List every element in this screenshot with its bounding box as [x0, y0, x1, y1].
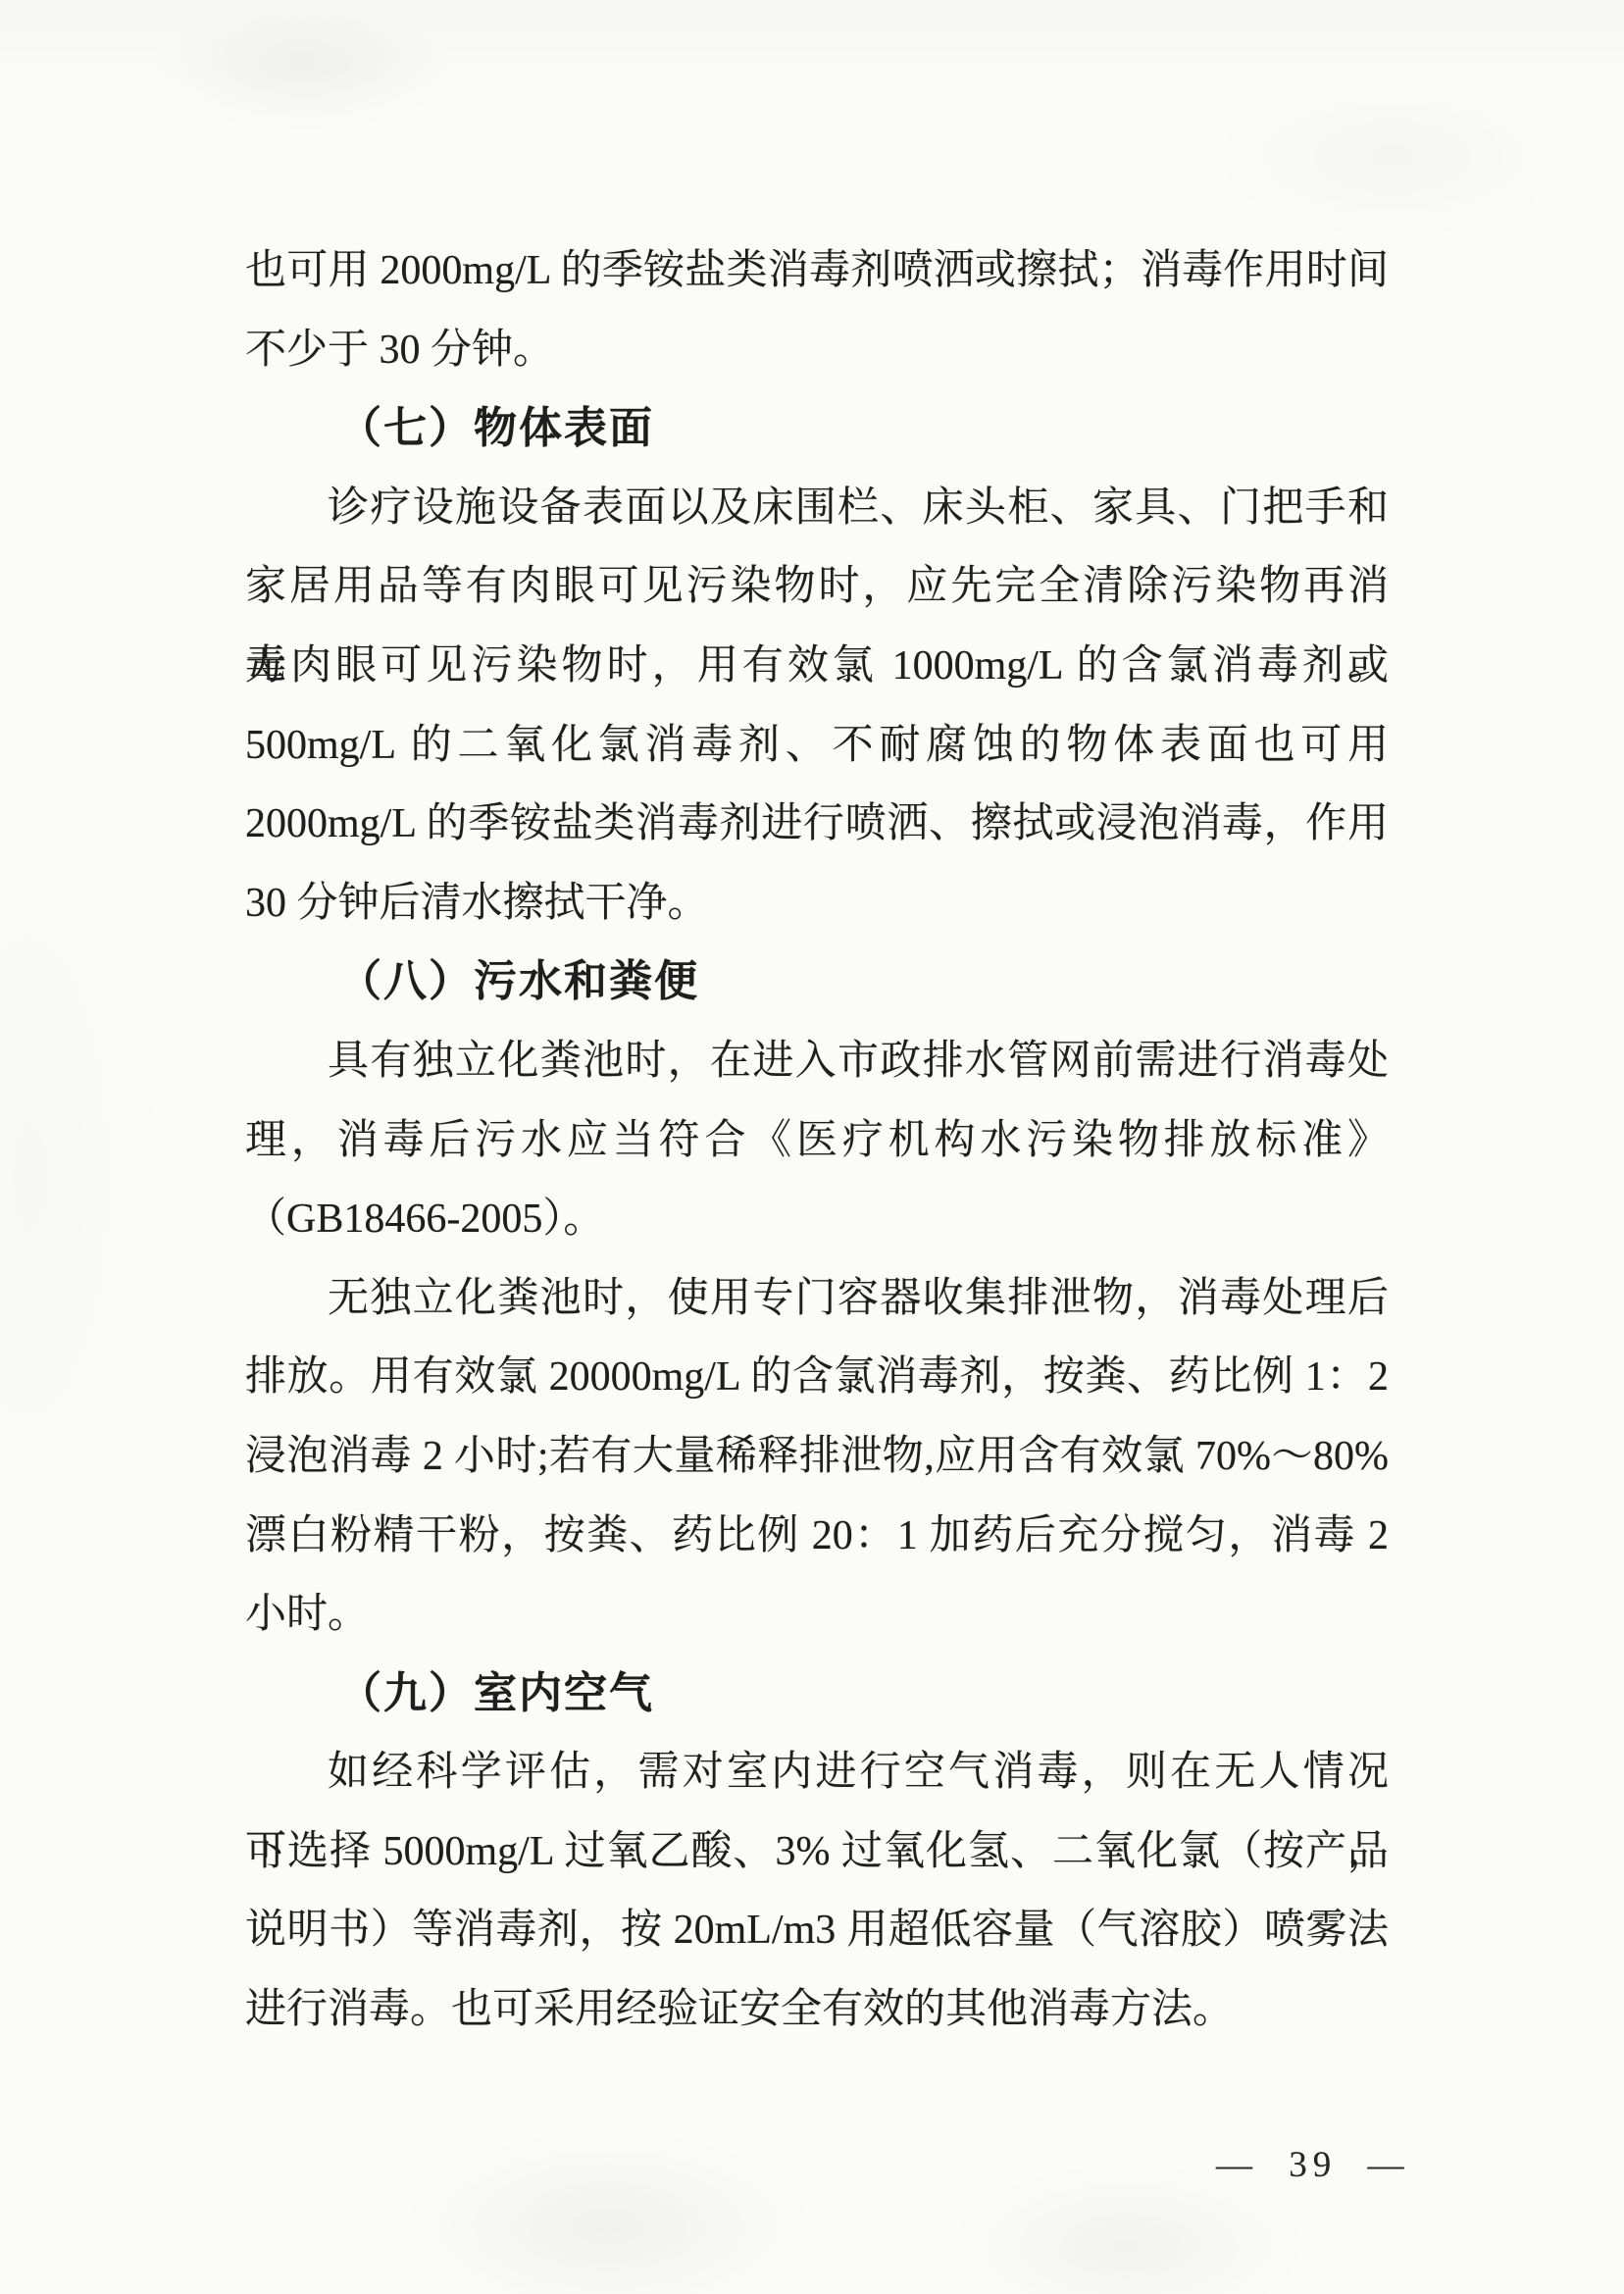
text-line: 漂白粉精干粉，按粪、药比例 20：1 加药后充分搅匀，消毒 2 [245, 1497, 1389, 1576]
text-line: 也可用 2000mg/L 的季铵盐类消毒剂喷洒或擦拭；消毒作用时间 [245, 231, 1389, 311]
text-line: 2000mg/L 的季铵盐类消毒剂进行喷洒、擦拭或浸泡消毒，作用 [245, 785, 1389, 864]
text-line: 家居用品等有肉眼可见污染物时，应先完全清除污染物再消毒。 [245, 547, 1389, 627]
text-line: 不少于 30 分钟。 [245, 311, 1389, 390]
text-line: 浸泡消毒 2 小时;若有大量稀释排泄物,应用含有效氯 70%～80% [245, 1417, 1389, 1497]
text-line: 无独立化粪池时，使用专门容器收集排泄物，消毒处理后 [245, 1259, 1389, 1339]
text-line: 如经科学评估，需对室内进行空气消毒，则在无人情况下， [245, 1733, 1389, 1812]
text-column: 也可用 2000mg/L 的季铵盐类消毒剂喷洒或擦拭；消毒作用时间 不少于 30… [245, 231, 1389, 2050]
section-heading-9: （九）室内空气 [245, 1655, 1389, 1734]
text-line: 说明书）等消毒剂，按 20mL/m3 用超低容量（气溶胶）喷雾法 [245, 1891, 1389, 1970]
text-line: （GB18466-2005）。 [245, 1180, 1389, 1259]
text-line: 30 分钟后清水擦拭干净。 [245, 864, 1389, 943]
text-line: 排放。用有效氯 20000mg/L 的含氯消毒剂，按粪、药比例 1：2 [245, 1338, 1389, 1417]
text-line: 500mg/L 的二氧化氯消毒剂、不耐腐蚀的物体表面也可用 [245, 706, 1389, 786]
text-line: 诊疗设施设备表面以及床围栏、床头柜、家具、门把手和 [245, 469, 1389, 548]
section-heading-7: （七）物体表面 [245, 389, 1389, 469]
document-page: 也可用 2000mg/L 的季铵盐类消毒剂喷洒或擦拭；消毒作用时间 不少于 30… [0, 0, 1624, 2294]
text-line: 理，消毒后污水应当符合《医疗机构水污染物排放标准》 [245, 1101, 1389, 1181]
text-line: 具有独立化粪池时，在进入市政排水管网前需进行消毒处 [245, 1022, 1389, 1101]
text-line: 小时。 [245, 1575, 1389, 1655]
section-heading-8: （八）污水和粪便 [245, 943, 1389, 1022]
page-number: — 39 — [1216, 2144, 1410, 2186]
text-line: 进行消毒。也可采用经验证安全有效的其他消毒方法。 [245, 1970, 1389, 2050]
text-line: 无肉眼可见污染物时，用有效氯 1000mg/L 的含氯消毒剂或 [245, 627, 1389, 706]
text-line: 可选择 5000mg/L 过氧乙酸、3% 过氧化氢、二氧化氯（按产品 [245, 1812, 1389, 1892]
